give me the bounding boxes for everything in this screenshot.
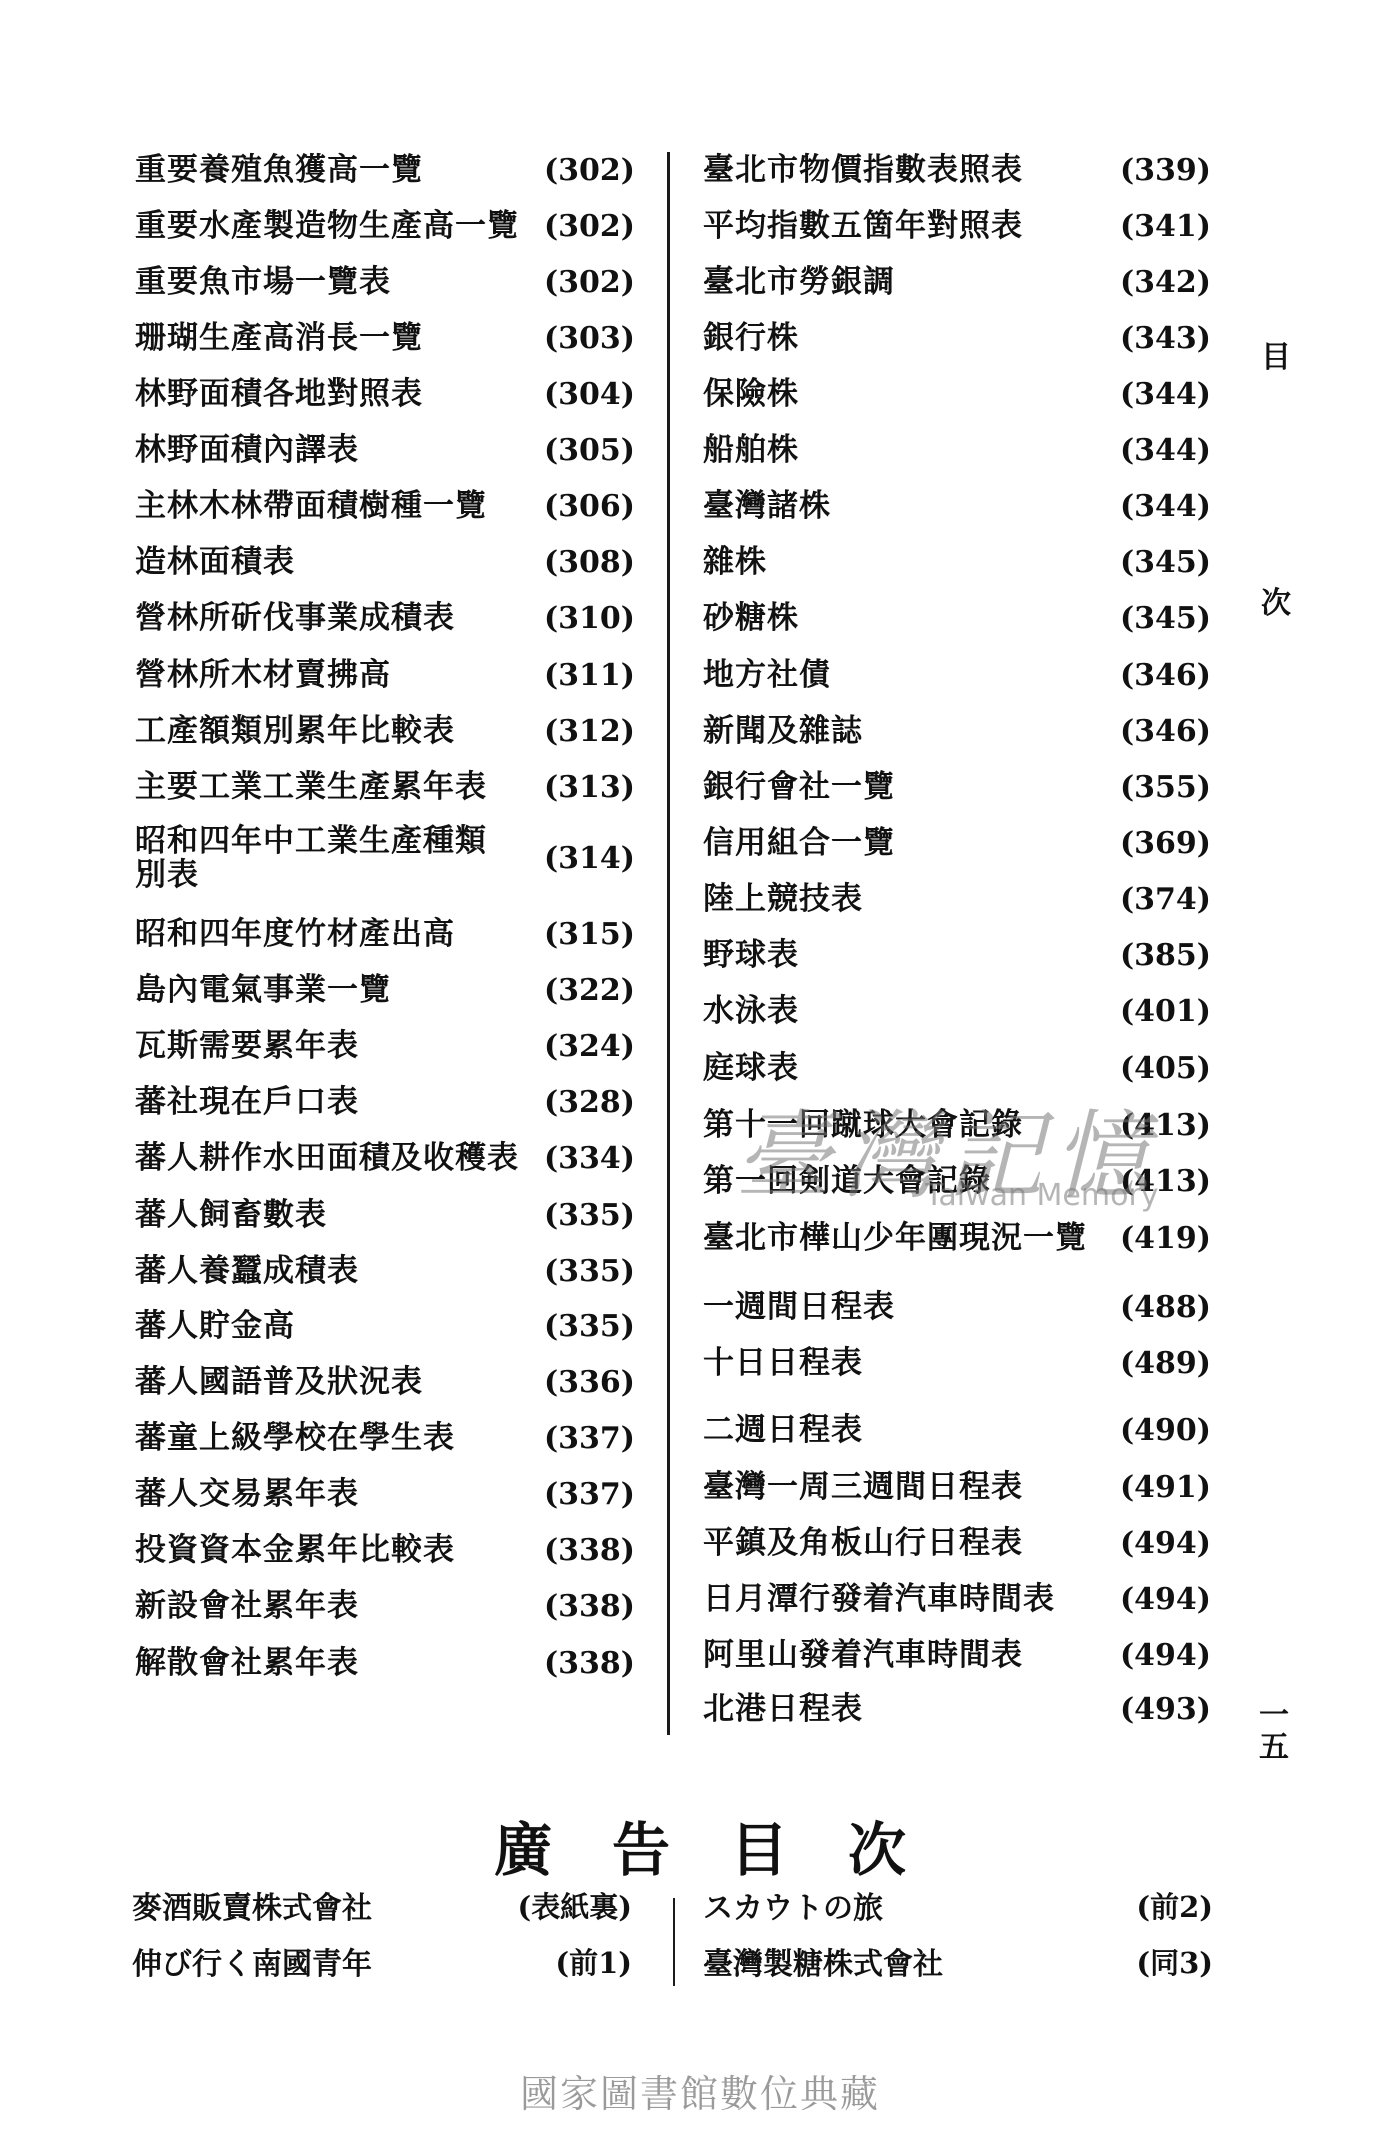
toc-entry: 島內電氣事業一覽(322) — [135, 970, 635, 1010]
toc-entry: 第十一回蹴球大會記錄(413) — [703, 1105, 1211, 1145]
toc-entry: 信用組合一覽(369) — [703, 823, 1211, 863]
toc-entry: 重要水產製造物生產高一覽(302) — [135, 206, 635, 246]
toc-entry-title: 蕃人養蠶成積表 — [135, 1254, 359, 1288]
toc-entry-page: (341) — [1120, 209, 1211, 244]
toc-entry-title: 砂糖株 — [703, 601, 799, 635]
toc-entry: 十日日程表(489) — [703, 1343, 1211, 1383]
toc-entry-page: (401) — [1120, 994, 1211, 1029]
ad-entry: 臺灣製糖株式會社(同3) — [703, 1941, 1213, 1981]
toc-entry-page: (345) — [1120, 545, 1211, 580]
toc-entry: 地方社債(346) — [703, 655, 1211, 695]
toc-entry: 臺灣一周三週間日程表(491) — [703, 1467, 1211, 1507]
toc-page: 重要養殖魚獲高一覽(302)重要水產製造物生產高一覽(302)重要魚市場一覽表(… — [0, 0, 1400, 2130]
ad-entry: 麥酒販賣株式會社(表紙裏) — [132, 1885, 632, 1925]
toc-entry-page: (494) — [1120, 1582, 1211, 1617]
toc-entry-title: 主林木林帶面積樹種一覽 — [135, 489, 487, 523]
toc-entry-page: (同3) — [1136, 1941, 1213, 1982]
toc-entry-title: 蕃人國語普及狀況表 — [135, 1365, 423, 1399]
toc-entry-title: 船舶株 — [703, 433, 799, 467]
toc-entry-title: 昭和四年中工業生產種類別表 — [135, 824, 515, 892]
column-divider — [667, 152, 670, 1735]
toc-entry-title: 臺北市樺山少年團現況一覽 — [703, 1221, 1087, 1255]
toc-entry-title: スカウトの旅 — [703, 1883, 883, 1927]
toc-entry-page: (413) — [1120, 1108, 1211, 1143]
toc-entry: 庭球表(405) — [703, 1048, 1211, 1088]
toc-entry-page: (344) — [1120, 433, 1211, 468]
toc-entry: 林野面積各地對照表(304) — [135, 374, 635, 414]
toc-entry-page: (302) — [544, 209, 635, 244]
toc-entry: 北港日程表(493) — [703, 1689, 1211, 1729]
toc-entry: 臺北市物價指數表照表(339) — [703, 150, 1211, 190]
toc-entry-title: 林野面積各地對照表 — [135, 377, 423, 411]
toc-entry: 陸上競技表(374) — [703, 879, 1211, 919]
toc-entry-page: (334) — [544, 1141, 635, 1176]
toc-entry: 日月潭行發着汽車時間表(494) — [703, 1579, 1211, 1619]
toc-entry: 銀行會社一覽(355) — [703, 767, 1211, 807]
toc-entry-title: 伸び行く南國青年 — [132, 1939, 372, 1983]
toc-entry-page: (302) — [544, 265, 635, 300]
toc-entry-title: 臺灣一周三週間日程表 — [703, 1470, 1023, 1504]
toc-entry-page: (342) — [1120, 265, 1211, 300]
toc-entry-page: (344) — [1120, 489, 1211, 524]
toc-entry: 銀行株(343) — [703, 318, 1211, 358]
toc-entry: 平鎮及角板山行日程表(494) — [703, 1523, 1211, 1563]
library-footer: 國家圖書館數位典藏 — [0, 2063, 1400, 2118]
toc-entry: 蕃人養蠶成積表(335) — [135, 1251, 635, 1291]
toc-entry-title: 重要魚市場一覽表 — [135, 265, 391, 299]
toc-entry: 林野面積內譯表(305) — [135, 430, 635, 470]
toc-entry-title: 臺北市物價指數表照表 — [703, 153, 1023, 187]
toc-entry-page: (344) — [1120, 377, 1211, 412]
toc-entry-title: 麥酒販賣株式會社 — [132, 1883, 372, 1927]
toc-entry-title: 主要工業工業生產累年表 — [135, 770, 487, 804]
toc-entry-title: 昭和四年度竹材產出高 — [135, 917, 455, 951]
toc-entry-title: 庭球表 — [703, 1051, 799, 1085]
toc-entry-title: 日月潭行發着汽車時間表 — [703, 1582, 1055, 1616]
toc-entry-title: 營林所斫伐事業成積表 — [135, 601, 455, 635]
toc-entry-title: 林野面積內譯表 — [135, 433, 359, 467]
toc-entry-title: 工產額類別累年比較表 — [135, 714, 455, 748]
toc-entry-title: 蕃人耕作水田面積及收穫表 — [135, 1141, 519, 1175]
toc-entry-title: 蕃人交易累年表 — [135, 1477, 359, 1511]
toc-entry-title: 第十一回蹴球大會記錄 — [703, 1108, 1023, 1142]
toc-entry-title: 信用組合一覽 — [703, 826, 895, 860]
toc-entry: 臺北市勞銀調(342) — [703, 262, 1211, 302]
toc-entry: 第一回剣道大會記錄(413) — [703, 1161, 1211, 1201]
toc-entry: 營林所木材賣拂高(311) — [135, 655, 635, 695]
toc-entry-page: (310) — [544, 601, 635, 636]
toc-entry-page: (324) — [544, 1029, 635, 1064]
page-number-digit-2: 五 — [1254, 1732, 1294, 1764]
toc-entry-title: 蕃社現在戶口表 — [135, 1085, 359, 1119]
toc-entry-title: 造林面積表 — [135, 545, 295, 579]
toc-entry-title: 新聞及雜誌 — [703, 714, 863, 748]
toc-entry-page: (346) — [1120, 658, 1211, 693]
toc-entry: 主要工業工業生產累年表(313) — [135, 767, 635, 807]
toc-entry: 平均指數五箇年對照表(341) — [703, 206, 1211, 246]
toc-entry: 珊瑚生產高消長一覽(303) — [135, 318, 635, 358]
toc-entry-title: 第一回剣道大會記錄 — [703, 1164, 991, 1198]
toc-entry-page: (308) — [544, 545, 635, 580]
toc-entry: 蕃人飼畜數表(335) — [135, 1195, 635, 1235]
toc-entry: 投資資本金累年比較表(338) — [135, 1530, 635, 1570]
toc-entry-title: 北港日程表 — [703, 1692, 863, 1726]
toc-entry-page: (338) — [544, 1589, 635, 1624]
toc-entry-title: 臺北市勞銀調 — [703, 265, 895, 299]
toc-entry-title: 陸上競技表 — [703, 882, 863, 916]
toc-entry-page: (385) — [1120, 938, 1211, 973]
toc-entry-page: (489) — [1120, 1346, 1211, 1381]
toc-entry: 野球表(385) — [703, 935, 1211, 975]
toc-entry-page: (335) — [544, 1254, 635, 1289]
toc-entry-title: 平均指數五箇年對照表 — [703, 209, 1023, 243]
toc-entry-title: 銀行會社一覽 — [703, 770, 895, 804]
toc-entry-page: (336) — [544, 1365, 635, 1400]
toc-entry: 蕃社現在戶口表(328) — [135, 1082, 635, 1122]
toc-entry: 昭和四年度竹材產出高(315) — [135, 914, 635, 954]
toc-entry-title: 一週間日程表 — [703, 1290, 895, 1324]
toc-entry-title: 十日日程表 — [703, 1346, 863, 1380]
toc-entry-page: (335) — [544, 1198, 635, 1233]
toc-entry: 重要養殖魚獲高一覽(302) — [135, 150, 635, 190]
toc-entry-page: (表紙裏) — [518, 1885, 632, 1926]
toc-entry-title: 營林所木材賣拂高 — [135, 658, 391, 692]
toc-entry-page: (337) — [544, 1421, 635, 1456]
toc-entry-title: 銀行株 — [703, 321, 799, 355]
toc-entry-page: (419) — [1120, 1221, 1211, 1256]
toc-entry-page: (374) — [1120, 882, 1211, 917]
toc-entry: 保險株(344) — [703, 374, 1211, 414]
toc-entry: 蕃人交易累年表(337) — [135, 1474, 635, 1514]
toc-entry-title: 臺灣諸株 — [703, 489, 831, 523]
toc-entry-page: (前2) — [1136, 1885, 1213, 1926]
toc-entry: 水泳表(401) — [703, 991, 1211, 1031]
toc-entry: 蕃人耕作水田面積及收穫表(334) — [135, 1138, 635, 1178]
toc-entry-page: (311) — [544, 658, 635, 693]
toc-entry-page: (314) — [544, 841, 635, 876]
toc-entry-title: 島內電氣事業一覽 — [135, 973, 391, 1007]
ads-column-divider — [673, 1898, 675, 1986]
toc-entry-page: (337) — [544, 1477, 635, 1512]
toc-entry-page: (405) — [1120, 1051, 1211, 1086]
toc-entry: 砂糖株(345) — [703, 598, 1211, 638]
toc-entry-page: (312) — [544, 714, 635, 749]
page-number: 一 五 — [1254, 1700, 1294, 1764]
toc-entry: 雜株(345) — [703, 542, 1211, 582]
toc-entry-page: (343) — [1120, 321, 1211, 356]
toc-entry: 造林面積表(308) — [135, 542, 635, 582]
ads-heading: 廣告目次 — [0, 1803, 1400, 1887]
toc-entry: 營林所斫伐事業成積表(310) — [135, 598, 635, 638]
toc-entry-page: (306) — [544, 489, 635, 524]
toc-entry-title: 平鎮及角板山行日程表 — [703, 1526, 1023, 1560]
toc-entry-page: (303) — [544, 321, 635, 356]
toc-entry-page: (494) — [1120, 1526, 1211, 1561]
toc-entry-title: 野球表 — [703, 938, 799, 972]
toc-entry-title: 阿里山發着汽車時間表 — [703, 1638, 1023, 1672]
toc-entry-page: (494) — [1120, 1638, 1211, 1673]
toc-entry-page: (338) — [544, 1533, 635, 1568]
toc-entry-page: (322) — [544, 973, 635, 1008]
toc-entry: 船舶株(344) — [703, 430, 1211, 470]
toc-entry-title: 臺灣製糖株式會社 — [703, 1939, 943, 1983]
toc-entry-page: (413) — [1120, 1164, 1211, 1199]
toc-entry-page: (335) — [544, 1309, 635, 1344]
toc-entry-page: (315) — [544, 917, 635, 952]
page-number-digit-1: 一 — [1254, 1700, 1294, 1732]
toc-entry: 解散會社累年表(338) — [135, 1643, 635, 1683]
toc-entry-page: (345) — [1120, 601, 1211, 636]
toc-entry-page: (369) — [1120, 826, 1211, 861]
toc-entry: 新聞及雜誌(346) — [703, 711, 1211, 751]
ad-entry: スカウトの旅(前2) — [703, 1885, 1213, 1925]
toc-entry-page: (493) — [1120, 1692, 1211, 1727]
toc-entry-page: (338) — [544, 1646, 635, 1681]
toc-entry-page: (313) — [544, 770, 635, 805]
toc-entry-page: (491) — [1120, 1470, 1211, 1505]
toc-entry: 瓦斯需要累年表(324) — [135, 1026, 635, 1066]
toc-entry: 重要魚市場一覽表(302) — [135, 262, 635, 302]
toc-entry-title: 新設會社累年表 — [135, 1589, 359, 1623]
toc-entry-page: (前1) — [555, 1941, 632, 1982]
toc-entry-page: (490) — [1120, 1413, 1211, 1448]
toc-entry-title: 投資資本金累年比較表 — [135, 1533, 455, 1567]
toc-entry: 蕃人貯金高(335) — [135, 1306, 635, 1346]
toc-entry-title: 蕃童上級學校在學生表 — [135, 1421, 455, 1455]
toc-entry-page: (328) — [544, 1085, 635, 1120]
toc-entry-title: 地方社債 — [703, 658, 831, 692]
toc-entry-page: (305) — [544, 433, 635, 468]
toc-entry: 蕃人國語普及狀況表(336) — [135, 1362, 635, 1402]
toc-entry-title: 瓦斯需要累年表 — [135, 1029, 359, 1063]
toc-entry-title: 解散會社累年表 — [135, 1646, 359, 1680]
ad-entry: 伸び行く南國青年(前1) — [132, 1941, 632, 1981]
toc-entry-title: 重要水產製造物生產高一覽 — [135, 209, 519, 243]
toc-entry-page: (302) — [544, 153, 635, 188]
toc-entry-title: 水泳表 — [703, 994, 799, 1028]
toc-entry: 新設會社累年表(338) — [135, 1586, 635, 1626]
toc-entry-page: (355) — [1120, 770, 1211, 805]
toc-entry-title: 蕃人貯金高 — [135, 1309, 295, 1343]
toc-entry: 昭和四年中工業生產種類別表(314) — [135, 820, 635, 896]
toc-entry-title: 保險株 — [703, 377, 799, 411]
toc-entry: 工產額類別累年比較表(312) — [135, 711, 635, 751]
toc-entry: 臺灣諸株(344) — [703, 486, 1211, 526]
toc-entry-title: 珊瑚生產高消長一覽 — [135, 321, 423, 355]
toc-entry-page: (339) — [1120, 153, 1211, 188]
toc-entry: 主林木林帶面積樹種一覽(306) — [135, 486, 635, 526]
toc-entry-title: 重要養殖魚獲高一覽 — [135, 153, 423, 187]
toc-entry: 阿里山發着汽車時間表(494) — [703, 1635, 1211, 1675]
toc-entry-title: 蕃人飼畜數表 — [135, 1198, 327, 1232]
margin-char-ci: 次 — [1258, 578, 1294, 622]
toc-entry-title: 雜株 — [703, 545, 767, 579]
toc-entry: 一週間日程表(488) — [703, 1287, 1211, 1327]
toc-entry: 蕃童上級學校在學生表(337) — [135, 1418, 635, 1458]
toc-entry-title: 二週日程表 — [703, 1413, 863, 1447]
toc-entry-page: (346) — [1120, 714, 1211, 749]
toc-entry: 二週日程表(490) — [703, 1410, 1211, 1450]
margin-char-mu: 目 — [1258, 332, 1294, 376]
toc-entry: 臺北市樺山少年團現況一覽(419) — [703, 1218, 1211, 1258]
toc-entry-page: (304) — [544, 377, 635, 412]
toc-entry-page: (488) — [1120, 1290, 1211, 1325]
